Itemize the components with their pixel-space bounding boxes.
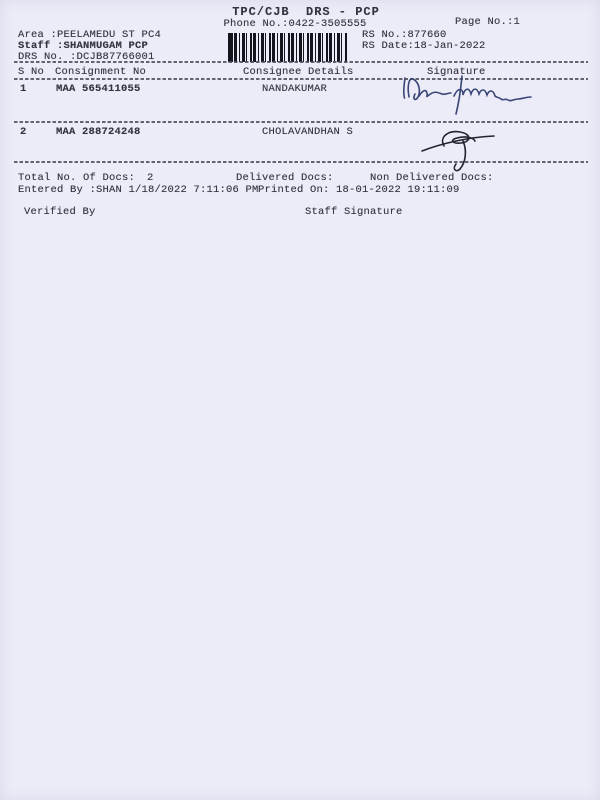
total-docs-value: 2 xyxy=(147,173,154,184)
divider xyxy=(14,121,588,123)
row-sno: 1 xyxy=(20,84,27,95)
row-consignee: CHOLAVANDHAN S xyxy=(262,127,353,138)
entered-by-field: Entered By :SHAN 1/18/2022 7:11:06 PM xyxy=(18,185,259,196)
divider xyxy=(14,161,588,163)
non-delivered-docs-label: Non Delivered Docs: xyxy=(370,173,494,184)
delivery-run-sheet-document: TPC/CJB DRS - PCP Phone No.:0422-3505555… xyxy=(0,0,600,800)
column-header-sno: S No xyxy=(18,67,44,78)
delivered-docs-label: Delivered Docs: xyxy=(236,173,334,184)
signature-blue-ink-icon xyxy=(398,71,538,116)
phone-number: Phone No.:0422-3505555 xyxy=(223,19,366,30)
verified-by-label: Verified By xyxy=(24,207,96,218)
column-header-consignment: Consignment No xyxy=(55,67,146,78)
barcode-icon xyxy=(228,33,347,62)
row-consignment-no: MAA 288724248 xyxy=(56,127,141,138)
row-consignment-no: MAA 565411055 xyxy=(56,84,141,95)
document-title: TPC/CJB DRS - PCP xyxy=(232,7,380,18)
total-docs-label: Total No. Of Docs: xyxy=(18,173,135,184)
staff-signature-label: Staff Signature xyxy=(305,207,403,218)
rs-date-field: RS Date:18-Jan-2022 xyxy=(362,41,486,52)
printed-on-field: Printed On: 18-01-2022 19:11:09 xyxy=(258,185,460,196)
column-header-consignee: Consignee Details xyxy=(243,67,354,78)
divider xyxy=(14,61,588,63)
page-number: Page No.:1 xyxy=(455,17,520,28)
signature-dark-ink-icon xyxy=(418,124,500,176)
row-sno: 2 xyxy=(20,127,27,138)
row-consignee: NANDAKUMAR xyxy=(262,84,327,95)
